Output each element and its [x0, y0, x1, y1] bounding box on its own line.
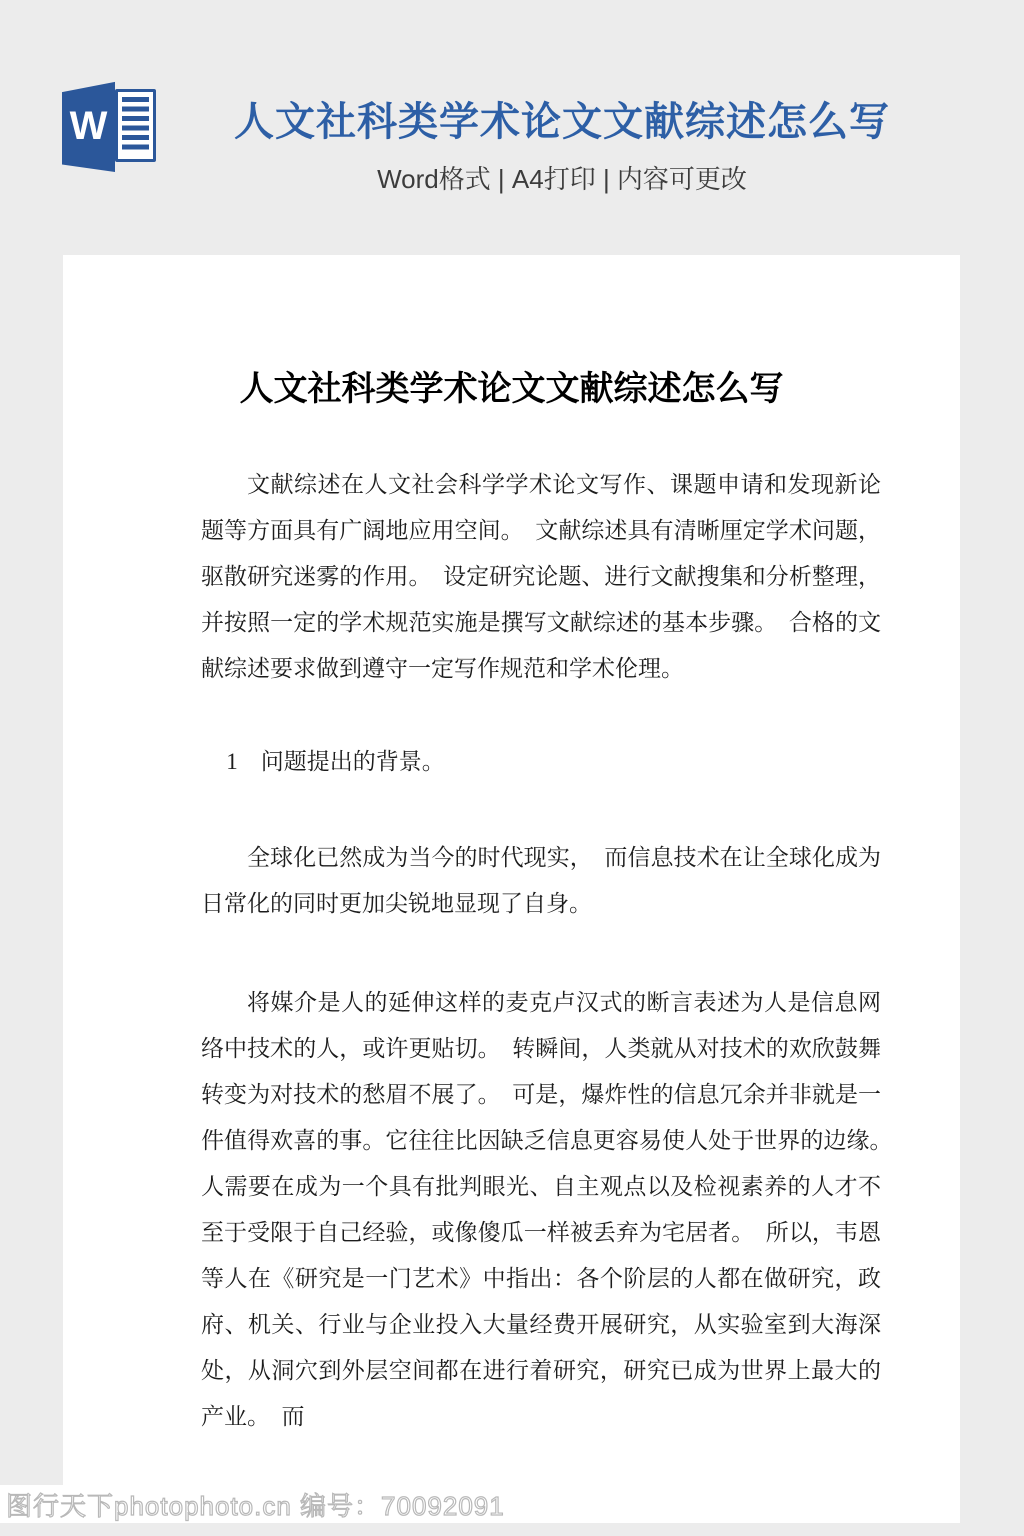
document-title: 人文社科类学术论文文献综述怎么写 [63, 255, 960, 413]
section-heading: 1 问题提出的背景。 [201, 739, 881, 785]
header: W 人文社科类学术论文文献综述怎么写 Word格式 | A4打印 | 内容可更改 [0, 0, 1024, 230]
header-text-block: 人文社科类学术论文文献综述怎么写 Word格式 | A4打印 | 内容可更改 [100, 0, 1024, 194]
document-body: 文献综述在人文社会科学学术论文写作、课题申请和发现新论题等方面具有广阔地应用空间… [201, 462, 881, 1440]
header-subtitle: Word格式 | A4打印 | 内容可更改 [100, 164, 1024, 194]
watermark-text: 图行天下photophoto.cn 编号：70092091 [0, 1486, 505, 1523]
footer-watermark-bar: 图行天下photophoto.cn 编号：70092091 [0, 1485, 960, 1523]
document-page: 人文社科类学术论文文献综述怎么写 文献综述在人文社会科学学术论文写作、课题申请和… [63, 255, 960, 1523]
paragraph: 全球化已然成为当今的时代现实， 而信息技术在让全球化成为日常化的同时更加尖锐地显… [201, 835, 881, 927]
paragraph: 文献综述在人文社会科学学术论文写作、课题申请和发现新论题等方面具有广阔地应用空间… [201, 462, 881, 692]
header-title: 人文社科类学术论文文献综述怎么写 [100, 98, 1024, 146]
paragraph: 将媒介是人的延伸这样的麦克卢汉式的断言表述为人是信息网络中技术的人，或许更贴切。… [201, 980, 881, 1440]
